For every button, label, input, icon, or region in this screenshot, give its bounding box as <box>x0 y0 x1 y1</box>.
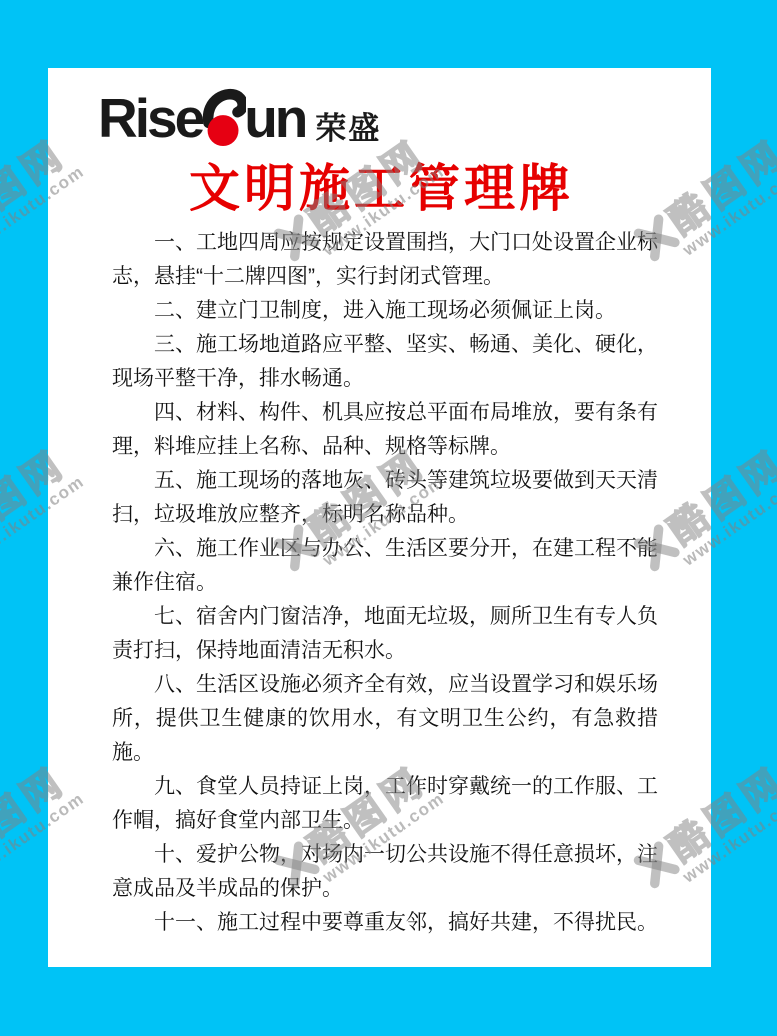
sign-title: 文明施工管理牌 <box>48 161 711 217</box>
brand-logo: Rise un 荣盛 <box>98 88 381 146</box>
rule-item: 十一、施工过程中要尊重友邻，搞好共建，不得扰民。 <box>112 906 658 940</box>
rule-item: 七、宿舍内门窗洁净，地面无垃圾，厕所卫生有专人负责打扫，保持地面清洁无积水。 <box>112 600 658 668</box>
rule-item: 九、食堂人员持证上岗，工作时穿戴统一的工作服、工作帽，搞好食堂内部卫生。 <box>112 770 658 838</box>
rules-list: 一、工地四周应按规定设置围挡，大门口处设置企业标志，悬挂“十二牌四图”，实行封闭… <box>112 226 658 940</box>
rule-item: 十、爱护公物，对场内一切公共设施不得任意损坏，注意成品及半成品的保护。 <box>112 838 658 906</box>
logo-chinese-text: 荣盛 <box>315 113 381 144</box>
logo-sun-icon <box>202 88 246 146</box>
rule-item: 八、生活区设施必须齐全有效，应当设置学习和娱乐场所，提供卫生健康的饮用水，有文明… <box>112 668 658 770</box>
rule-item: 六、施工作业区与办公、生活区要分开，在建工程不能兼作住宿。 <box>112 532 658 600</box>
rule-item: 三、施工场地道路应平整、坚实、畅通、美化、硬化，现场平整干净，排水畅通。 <box>112 328 658 396</box>
sign-panel: Rise un 荣盛 文明施工管理牌 一、工地四周应按规定设置围挡，大门口处设置… <box>48 68 711 967</box>
sign-poster: Rise un 荣盛 文明施工管理牌 一、工地四周应按规定设置围挡，大门口处设置… <box>0 0 777 1036</box>
rule-item: 一、工地四周应按规定设置围挡，大门口处设置企业标志，悬挂“十二牌四图”，实行封闭… <box>112 226 658 294</box>
logo-rise-text: Rise <box>98 91 202 146</box>
rule-item: 四、材料、构件、机具应按总平面布局堆放，要有条有理，料堆应挂上名称、品种、规格等… <box>112 396 658 464</box>
logo-red-dot <box>208 115 239 146</box>
rule-item: 五、施工现场的落地灰、砖头等建筑垃圾要做到天天清扫，垃圾堆放应整齐，标明名称品种… <box>112 464 658 532</box>
rule-item: 二、建立门卫制度，进入施工现场必须佩证上岗。 <box>112 294 658 328</box>
logo-un-text: un <box>244 91 305 146</box>
